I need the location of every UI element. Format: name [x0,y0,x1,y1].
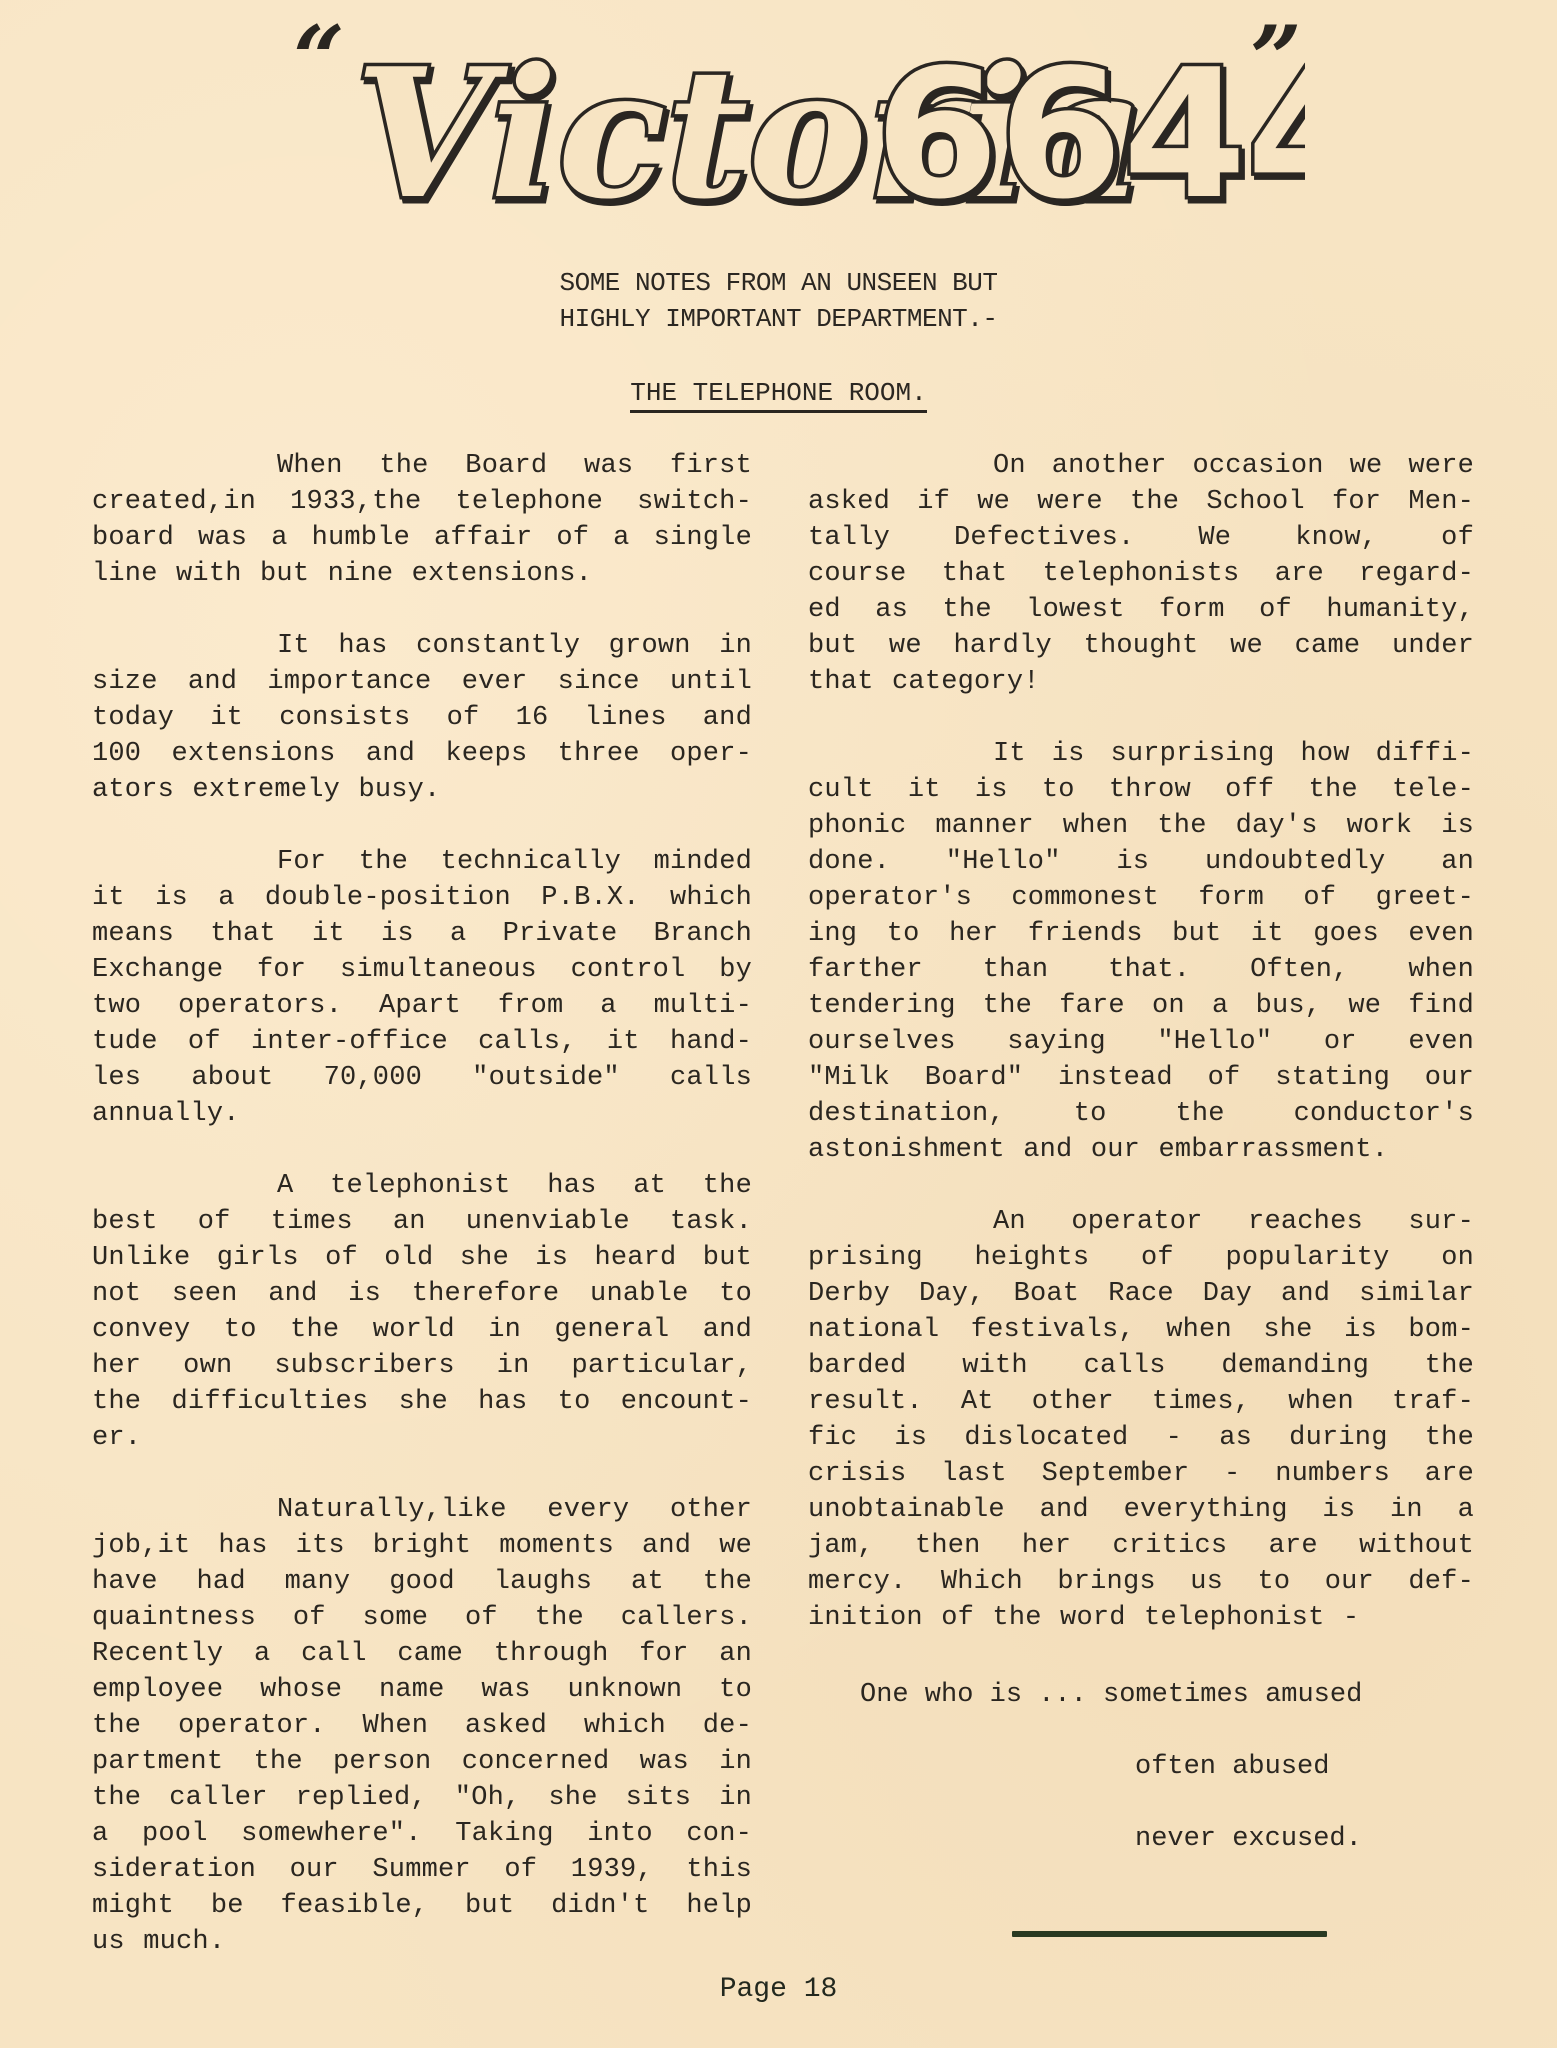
text-line: operator's commonest form of greet- [808,880,1474,916]
paragraph: For the technically mindedit is a double… [92,844,752,1132]
paragraph: When the Board was firstcreated,in 1933,… [92,448,752,592]
text-line: line with but nine extensions. [92,556,752,592]
open-quote: “ [293,18,345,112]
text-line: ourselves saying "Hello" or even [808,1024,1474,1060]
text-line: mercy. Which brings us to our def- [808,1564,1474,1600]
text-line: phonic manner when the day's work is [808,808,1474,844]
text-line: us much. [92,1924,752,1960]
left-column: When the Board was firstcreated,in 1933,… [92,448,752,1996]
text-line: created,in 1933,the telephone switch- [92,484,752,520]
text-line: it is a double-position P.B.X. which [92,880,752,916]
text-line: 100 extensions and keeps three oper- [92,736,752,772]
text-line: destination, to the conductor's [808,1096,1474,1132]
paragraph: A telephonist has at thebest of times an… [92,1168,752,1456]
text-line: astonishment and our embarrassment. [808,1132,1474,1168]
text-line: fic is dislocated - as during the [808,1420,1474,1456]
text-line: cult it is to throw off the tele- [808,772,1474,808]
paragraph: Naturally,like every otherjob,it has its… [92,1492,752,1960]
paragraph: It has constantly grown insize and impor… [92,628,752,808]
text-line: but we hardly thought we came under [808,628,1474,664]
close-quote: ” [1250,18,1302,112]
subtitle-line-2: HIGHLY IMPORTANT DEPARTMENT.- [0,304,1557,334]
text-line: farther than that. Often, when [808,952,1474,988]
telephonist-definition: One who is ... sometimes amused often ab… [860,1677,1362,1857]
text-line: annually. [92,1096,752,1132]
text-line: It has constantly grown in [92,628,752,664]
text-line: today it consists of 16 lines and [92,700,752,736]
text-line: employee whose name was unknown to [92,1672,752,1708]
section-title-text: THE TELEPHONE ROOM. [630,378,926,413]
text-line: best of times an unenviable task. [92,1204,752,1240]
definition-line-1: One who is ... sometimes amused [860,1677,1362,1713]
text-line: jam, then her critics are without [808,1528,1474,1564]
text-line: ing to her friends but it goes even [808,916,1474,952]
definition-line-3: never excused. [860,1821,1362,1857]
text-line: the caller replied, "Oh, she sits in [92,1780,752,1816]
text-line: partment the person concerned was in [92,1744,752,1780]
text-line: tally Defectives. We know, of [808,520,1474,556]
text-line: ed as the lowest form of humanity, [808,592,1474,628]
text-line: Exchange for simultaneous control by [92,952,752,988]
text-line: board was a humble affair of a single [92,520,752,556]
text-line: On another occasion we were [808,448,1474,484]
text-line: quaintness of some of the callers. [92,1600,752,1636]
text-line: barded with calls demanding the [808,1348,1474,1384]
masthead-number: 6644 [875,31,1305,218]
text-line: have had many good laughs at the [92,1564,752,1600]
text-line: Recently a call came through for an [92,1636,752,1672]
text-line: the operator. When asked which de- [92,1708,752,1744]
section-title: THE TELEPHONE ROOM. [0,378,1557,408]
right-column: On another occasion we wereasked if we w… [808,448,1474,1672]
text-line: unobtainable and everything is in a [808,1492,1474,1528]
definition-line-2: often abused [860,1749,1362,1785]
text-line: For the technically minded [92,844,752,880]
text-line: that category! [808,664,1474,700]
text-line: Naturally,like every other [92,1492,752,1528]
text-line: means that it is a Private Branch [92,916,752,952]
text-line: When the Board was first [92,448,752,484]
text-line: prising heights of popularity on [808,1240,1474,1276]
text-line: job,it has its bright moments and we [92,1528,752,1564]
text-line: two operators. Apart from a multi- [92,988,752,1024]
text-line: convey to the world in general and [92,1312,752,1348]
text-line: a pool somewhere". Taking into con- [92,1816,752,1852]
text-line: er. [92,1420,752,1456]
text-line: "Milk Board" instead of stating our [808,1060,1474,1096]
text-line: ators extremely busy. [92,772,752,808]
end-rule-divider [1012,1931,1327,1937]
text-line: asked if we were the School for Men- [808,484,1474,520]
text-line: course that telephonists are regard- [808,556,1474,592]
masthead-title: “ Victoria 6644 ” [285,18,1305,218]
text-line: not seen and is therefore unable to [92,1276,752,1312]
text-line: done. "Hello" is undoubtedly an [808,844,1474,880]
text-line: tendering the fare on a bus, we find [808,988,1474,1024]
paragraph: An operator reaches sur-prising heights … [808,1204,1474,1636]
text-line: les about 70,000 "outside" calls [92,1060,752,1096]
text-line: An operator reaches sur- [808,1204,1474,1240]
text-line: A telephonist has at the [92,1168,752,1204]
text-line: Unlike girls of old she is heard but [92,1240,752,1276]
paragraph: On another occasion we wereasked if we w… [808,448,1474,700]
text-line: sideration our Summer of 1939, this [92,1852,752,1888]
text-line: crisis last September - numbers are [808,1456,1474,1492]
text-line: Derby Day, Boat Race Day and similar [808,1276,1474,1312]
text-line: the difficulties she has to encount- [92,1384,752,1420]
text-line: tude of inter-office calls, it hand- [92,1024,752,1060]
subtitle-line-1: SOME NOTES FROM AN UNSEEN BUT [0,268,1557,298]
paragraph: It is surprising how diffi-cult it is to… [808,736,1474,1168]
text-line: might be feasible, but didn't help [92,1888,752,1924]
text-line: It is surprising how diffi- [808,736,1474,772]
text-line: her own subscribers in particular, [92,1348,752,1384]
page-number: Page 18 [0,1974,1557,2005]
text-line: result. At other times, when traf- [808,1384,1474,1420]
text-line: inition of the word telephonist - [808,1600,1474,1636]
text-line: size and importance ever since until [92,664,752,700]
masthead-logo: “ Victoria 6644 ” [285,18,1305,218]
text-line: national festivals, when she is bom- [808,1312,1474,1348]
